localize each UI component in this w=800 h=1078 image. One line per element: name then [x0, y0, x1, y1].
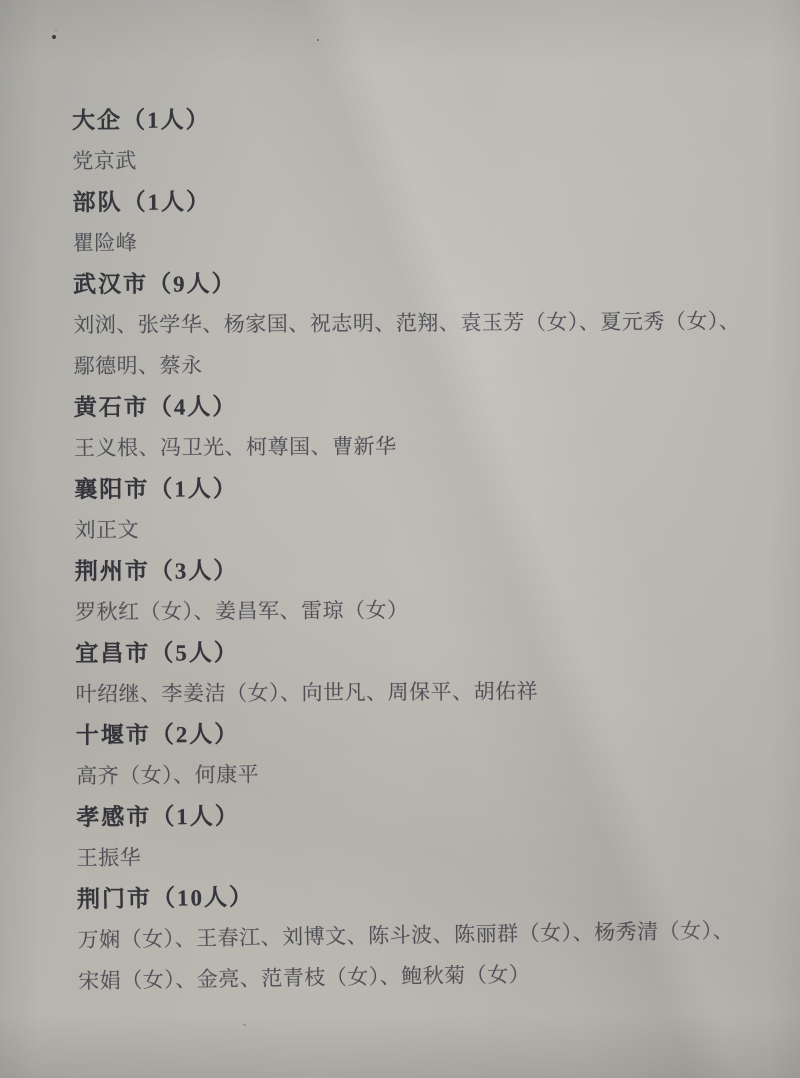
section-names: 瞿险峰 — [73, 219, 773, 264]
section-heading: 孝感市（1人） — [76, 790, 776, 838]
section-wuhan: 武汉市（9人） 刘浏、张学华、杨家国、祝志明、范翔、袁玉芳（女）、夏元秀（女）、… — [73, 260, 774, 387]
section-names: 叶绍继、李姜洁（女）、向世凡、周保平、胡佑祥 — [76, 670, 776, 715]
section-daqi: 大企（1人） 党京武 — [72, 96, 772, 182]
paper-speck — [243, 1024, 246, 1026]
section-heading: 十堰市（2人） — [76, 708, 776, 756]
section-heading: 宜昌市（5人） — [75, 629, 775, 674]
section-heading: 荆州市（3人） — [75, 547, 775, 592]
section-heading: 襄阳市（1人） — [74, 465, 774, 510]
section-jingzhou: 荆州市（3人） 罗秋红（女）、姜昌军、雷琼（女） — [75, 547, 775, 633]
section-heading: 部队（1人） — [73, 178, 773, 223]
section-names: 党京武 — [72, 137, 772, 182]
section-budui: 部队（1人） 瞿险峰 — [73, 178, 773, 264]
section-jingmen: 荆门市（10人） 万娴（女）、王春江、刘博文、陈斗波、陈丽群（女）、杨秀清（女）… — [77, 869, 779, 1002]
section-heading: 黄石市（4人） — [74, 383, 774, 428]
section-names: 刘正文 — [75, 506, 775, 551]
section-yichang: 宜昌市（5人） 叶绍继、李姜洁（女）、向世凡、周保平、胡佑祥 — [75, 629, 775, 715]
document-content: 大企（1人） 党京武 部队（1人） 瞿险峰 武汉市（9人） 刘浏、张学华、杨家国… — [72, 96, 777, 1002]
section-xiaogan: 孝感市（1人） 王振华 — [76, 790, 777, 879]
section-shiyan: 十堰市（2人） 高齐（女）、何康平 — [76, 708, 777, 797]
section-names: 罗秋红（女）、姜昌军、雷琼（女） — [75, 588, 775, 633]
paper-speck — [52, 35, 56, 39]
section-heading: 大企（1人） — [72, 96, 772, 141]
section-names: 刘浏、张学华、杨家国、祝志明、范翔、袁玉芳（女）、夏元秀（女）、 鄢德明、蔡永 — [73, 301, 773, 387]
section-xiangyang: 襄阳市（1人） 刘正文 — [74, 465, 774, 551]
section-names: 高齐（女）、何康平 — [76, 749, 776, 797]
section-huangshi: 黄石市（4人） 王义根、冯卫光、柯尊国、曹新华 — [74, 383, 774, 469]
paper-speck — [317, 39, 319, 41]
paper-sheet: 大企（1人） 党京武 部队（1人） 瞿险峰 武汉市（9人） 刘浏、张学华、杨家国… — [0, 0, 800, 1078]
section-heading: 武汉市（9人） — [73, 260, 773, 305]
section-names: 万娴（女）、王春江、刘博文、陈斗波、陈丽群（女）、杨秀清（女）、 宋娟（女）、金… — [77, 910, 778, 1002]
section-names: 王义根、冯卫光、柯尊国、曹新华 — [74, 424, 774, 469]
